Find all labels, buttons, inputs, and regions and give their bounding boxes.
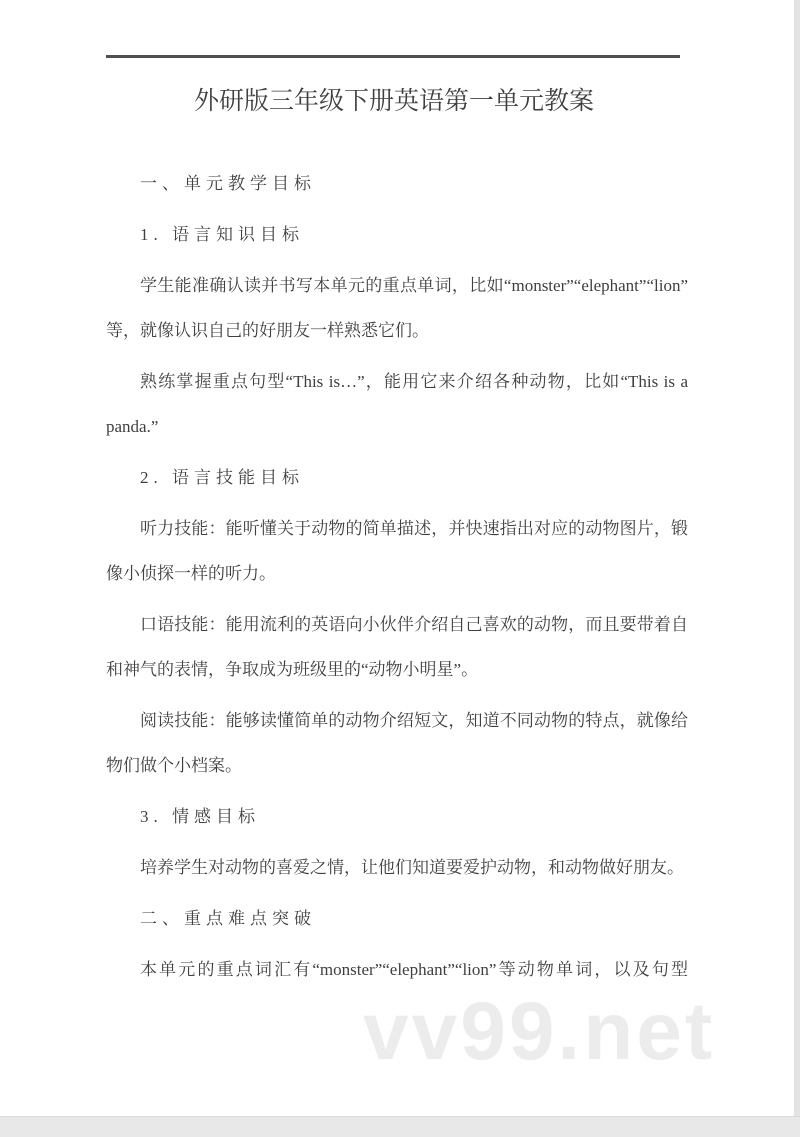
text-line: 2. 语言技能目标 xyxy=(106,455,688,500)
page-title: 外研版三年级下册英语第一单元教案 xyxy=(106,84,682,120)
text-line: 听力技能：能听懂关于动物的简单描述，并快速指出对应的动物图片，锻炼 xyxy=(106,506,688,551)
text-line: 3. 情感目标 xyxy=(106,794,688,839)
page-bottom-edge xyxy=(0,1116,800,1137)
text-line: 二、重点难点突破 xyxy=(106,896,688,941)
text-line: 学生能准确认读并书写本单元的重点单词，比如“monster”“elephant”… xyxy=(106,263,688,308)
text-line: panda.” xyxy=(106,404,688,449)
document-page: 外研版三年级下册英语第一单元教案 一、单元教学目标1. 语言知识目标学生能准确认… xyxy=(0,0,800,1137)
watermark: vv99.net xyxy=(363,985,715,1079)
text-line: 等，就像认识自己的好朋友一样熟悉它们。 xyxy=(106,308,688,353)
text-line: 培养学生对动物的喜爱之情，让他们知道要爱护动物，和动物做好朋友。 xyxy=(106,845,688,890)
header-rule xyxy=(106,55,680,58)
text-line: 口语技能：能用流利的英语向小伙伴介绍自己喜欢的动物，而且要带着自信 xyxy=(106,602,688,647)
text-line: 一、单元教学目标 xyxy=(106,161,688,206)
text-line: 阅读技能：能够读懂简单的动物介绍短文，知道不同动物的特点，就像给动 xyxy=(106,698,688,743)
text-line: 和神气的表情，争取成为班级里的“动物小明星”。 xyxy=(106,647,688,692)
text-line: 物们做个小档案。 xyxy=(106,743,688,788)
text-line: 熟练掌握重点句型“This is…”，能用它来介绍各种动物，比如“This is… xyxy=(106,359,688,404)
document-body: 一、单元教学目标1. 语言知识目标学生能准确认读并书写本单元的重点单词，比如“m… xyxy=(106,155,688,992)
page-right-edge xyxy=(794,0,800,1137)
text-line: 1. 语言知识目标 xyxy=(106,212,688,257)
text-line: 像小侦探一样的听力。 xyxy=(106,551,688,596)
